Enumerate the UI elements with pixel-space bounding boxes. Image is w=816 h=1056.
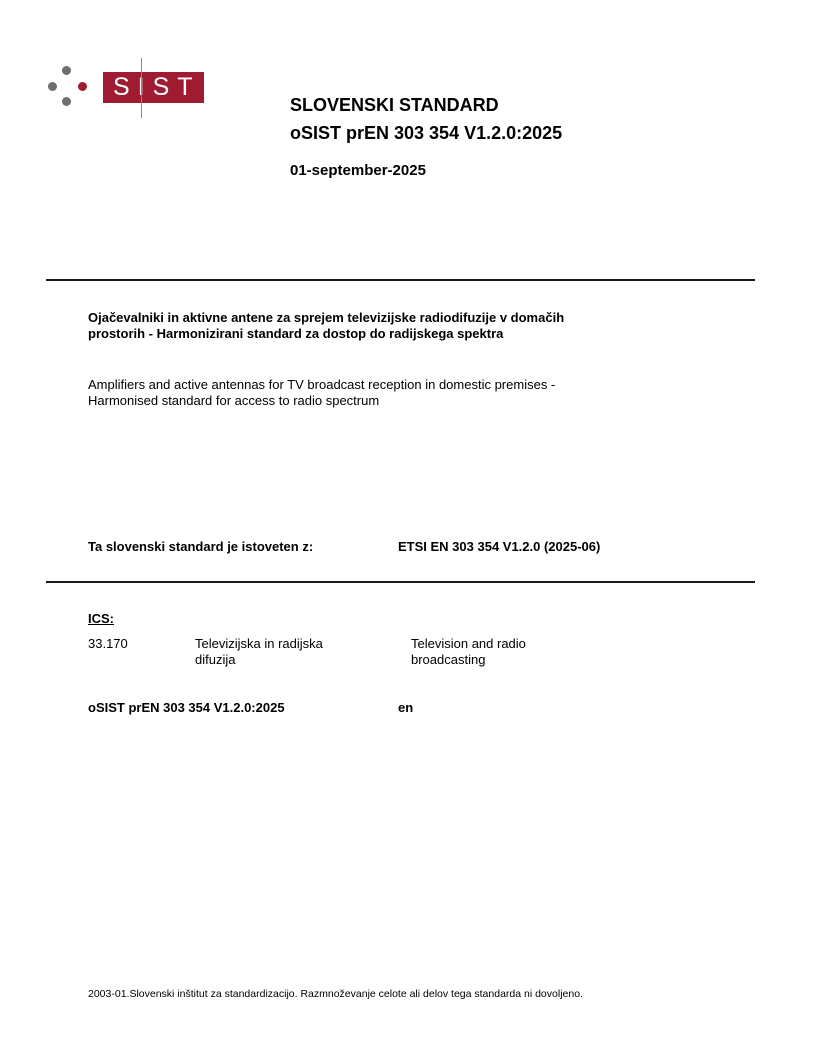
logo-dot-icon: [62, 97, 71, 106]
divider-bottom: [46, 581, 755, 583]
ics-description-line: Television and radio: [411, 636, 526, 652]
ics-description-english: Television and radio broadcasting: [411, 636, 526, 668]
divider-top: [46, 279, 755, 281]
standard-type-heading: SLOVENSKI STANDARD: [290, 95, 499, 116]
logo-dot-red-icon: [78, 82, 87, 91]
ics-description-slovenian: Televizijska in radijska difuzija: [195, 636, 323, 668]
copyright-footer: 2003-01.Slovenski inštitut za standardiz…: [88, 988, 583, 1000]
identical-label: Ta slovenski standard je istoveten z:: [88, 539, 313, 555]
title-slovenian-line: prostorih - Harmonizirani standard za do…: [88, 326, 564, 342]
reference-language: en: [398, 700, 413, 716]
publication-date: 01-september-2025: [290, 162, 426, 179]
title-slovenian: Ojačevalniki in aktivne antene za spreje…: [88, 310, 564, 342]
reference-code: oSIST prEN 303 354 V1.2.0:2025: [88, 700, 285, 716]
ics-code: 33.170: [88, 636, 128, 652]
ics-description-line: difuzija: [195, 652, 323, 668]
logo-divider: [141, 58, 142, 118]
title-english-line: Harmonised standard for access to radio …: [88, 393, 555, 409]
logo-wordmark: SIST: [103, 72, 204, 103]
ics-description-line: Televizijska in radijska: [195, 636, 323, 652]
title-slovenian-line: Ojačevalniki in aktivne antene za spreje…: [88, 310, 564, 326]
identical-value: ETSI EN 303 354 V1.2.0 (2025-06): [398, 539, 600, 555]
standard-code-heading: oSIST prEN 303 354 V1.2.0:2025: [290, 123, 562, 144]
ics-description-line: broadcasting: [411, 652, 526, 668]
title-english: Amplifiers and active antennas for TV br…: [88, 377, 555, 409]
ics-heading: ICS:: [88, 611, 114, 627]
logo-dot-icon: [48, 82, 57, 91]
title-english-line: Amplifiers and active antennas for TV br…: [88, 377, 555, 393]
logo-dot-icon: [62, 66, 71, 75]
